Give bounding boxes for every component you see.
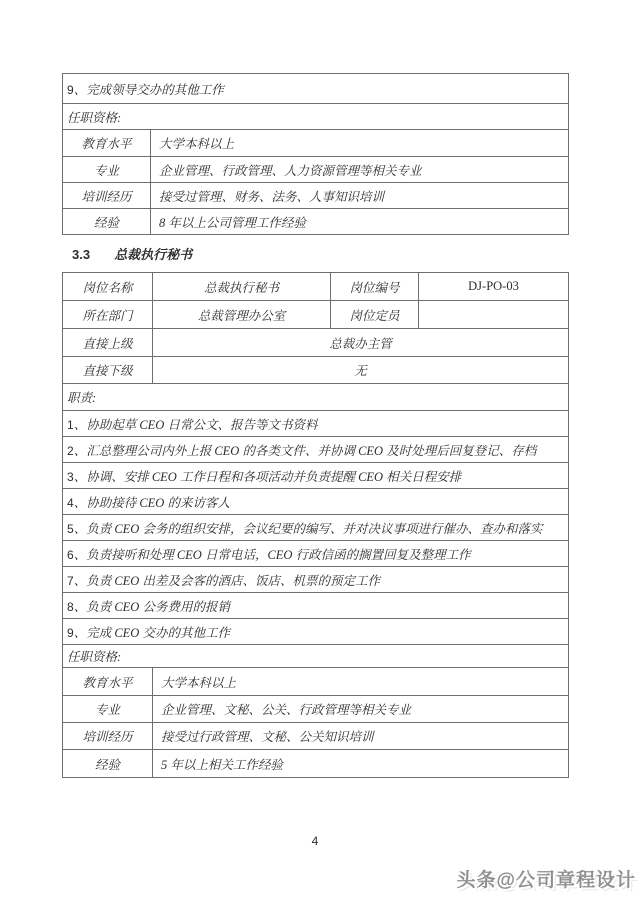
education-value: 大学本科以上 <box>151 130 569 157</box>
duty-text: 、协助接待 CEO 的来访客人 <box>74 496 230 510</box>
table-row: 1、协助起草 CEO 日常公文、报告等文书资料 <box>63 411 569 437</box>
duty-text: 、负责 CEO 公务费用的报销 <box>74 600 230 614</box>
position-name-label: 岗位名称 <box>63 273 153 301</box>
qualifications-label: 任职资格: <box>63 104 569 130</box>
table-row: 5、负责 CEO 会务的组织安排，会议纪要的编写、并对决议事项进行催办、查办和落… <box>63 515 569 541</box>
qualifications-label: 任职资格: <box>63 645 569 668</box>
duty-text: 、汇总整理公司内外上报 CEO 的各类文件、并协调 CEO 及时处理后回复登记、… <box>74 444 537 458</box>
duties-label: 职责: <box>63 384 569 411</box>
table-row: 教育水平 大学本科以上 <box>63 130 569 157</box>
duty-number: 4 <box>67 496 74 510</box>
duty-text: 、协调、安排 CEO 工作日程和各项活动并负责提醒 CEO 相关日程安排 <box>74 470 462 484</box>
table-row: 专业 企业管理、文秘、公关、行政管理等相关专业 <box>63 696 569 723</box>
document-content: 9、完成领导交办的其他工作 任职资格: 教育水平 大学本科以上 专业 企业管理、… <box>62 73 568 848</box>
table-row: 任职资格: <box>63 645 569 668</box>
page-number: 4 <box>62 834 568 848</box>
experience-value: 8 年以上公司管理工作经验 <box>151 209 569 235</box>
duty-item: 6、负责接听和处理 CEO 日常电话，CEO 行政信函的搁置回复及整理工作 <box>63 541 569 567</box>
training-value: 接受过管理、财务、法务、人事知识培训 <box>151 183 569 209</box>
section-number: 3.3 <box>72 247 90 262</box>
table-row: 经验 8 年以上公司管理工作经验 <box>63 209 569 235</box>
duty-item: 5、负责 CEO 会务的组织安排，会议纪要的编写、并对决议事项进行催办、查办和落… <box>63 515 569 541</box>
duty-number: 8 <box>67 600 74 614</box>
department-value: 总裁管理办公室 <box>153 301 331 329</box>
section-title: 总裁执行秘书 <box>114 247 192 262</box>
duty-item: 8、负责 CEO 公务费用的报销 <box>63 593 569 619</box>
duty-number: 2 <box>67 444 74 458</box>
duty-number: 5 <box>67 522 74 536</box>
position-name-value: 总裁执行秘书 <box>153 273 331 301</box>
table-row: 经验 5 年以上相关工作经验 <box>63 750 569 778</box>
table-row: 专业 企业管理、行政管理、人力资源管理等相关专业 <box>63 157 569 183</box>
training-label: 培训经历 <box>63 723 153 750</box>
duty-text: 、负责 CEO 会务的组织安排，会议纪要的编写、并对决议事项进行催办、查办和落实 <box>74 522 543 536</box>
duty-text: 、完成 CEO 交办的其他工作 <box>74 626 230 640</box>
duty-item: 2、汇总整理公司内外上报 CEO 的各类文件、并协调 CEO 及时处理后回复登记… <box>63 437 569 463</box>
table-row: 岗位名称 总裁执行秘书 岗位编号 DJ-PO-03 <box>63 273 569 301</box>
table-row: 直接下级 无 <box>63 357 569 384</box>
major-value: 企业管理、行政管理、人力资源管理等相关专业 <box>151 157 569 183</box>
supervisor-value: 总裁办主管 <box>153 329 569 357</box>
table-row: 培训经历 接受过管理、财务、法务、人事知识培训 <box>63 183 569 209</box>
supervisor-label: 直接上级 <box>63 329 153 357</box>
major-value: 企业管理、文秘、公关、行政管理等相关专业 <box>153 696 569 723</box>
table-row: 3、协调、安排 CEO 工作日程和各项活动并负责提醒 CEO 相关日程安排 <box>63 463 569 489</box>
table-row: 8、负责 CEO 公务费用的报销 <box>63 593 569 619</box>
major-label: 专业 <box>63 157 151 183</box>
duty-item: 3、协调、安排 CEO 工作日程和各项活动并负责提醒 CEO 相关日程安排 <box>63 463 569 489</box>
table-row: 2、汇总整理公司内外上报 CEO 的各类文件、并协调 CEO 及时处理后回复登记… <box>63 437 569 463</box>
duty-text: 、协助起草 CEO 日常公文、报告等文书资料 <box>74 418 318 432</box>
duty-item: 7、负责 CEO 出差及会客的酒店、饭店、机票的预定工作 <box>63 567 569 593</box>
experience-label: 经验 <box>63 209 151 235</box>
table-row: 4、协助接待 CEO 的来访客人 <box>63 489 569 515</box>
education-label: 教育水平 <box>63 668 153 696</box>
duty-number: 9 <box>67 626 74 640</box>
duty-number: 1 <box>67 418 74 432</box>
job-description-table: 岗位名称 总裁执行秘书 岗位编号 DJ-PO-03 所在部门 总裁管理办公室 岗… <box>62 272 569 778</box>
section-heading: 3.3总裁执行秘书 <box>72 247 568 262</box>
position-code-value: DJ-PO-03 <box>419 273 569 301</box>
duty-item: 4、协助接待 CEO 的来访客人 <box>63 489 569 515</box>
duty-text: 、完成领导交办的其他工作 <box>74 83 224 97</box>
duty-number: 6 <box>67 548 74 562</box>
table-row: 9、完成 CEO 交办的其他工作 <box>63 619 569 645</box>
experience-value: 5 年以上相关工作经验 <box>153 750 569 778</box>
duty-item: 1、协助起草 CEO 日常公文、报告等文书资料 <box>63 411 569 437</box>
duty-number: 9 <box>67 83 74 97</box>
training-value: 接受过行政管理、文秘、公关知识培训 <box>153 723 569 750</box>
subordinate-label: 直接下级 <box>63 357 153 384</box>
duty-text: 、负责 CEO 出差及会客的酒店、饭店、机票的预定工作 <box>74 574 380 588</box>
table-row: 所在部门 总裁管理办公室 岗位定员 <box>63 301 569 329</box>
table-row: 9、完成领导交办的其他工作 <box>63 74 569 104</box>
duty-item: 9、完成领导交办的其他工作 <box>63 74 569 104</box>
subordinate-value: 无 <box>153 357 569 384</box>
table-row: 直接上级 总裁办主管 <box>63 329 569 357</box>
table-row: 培训经历 接受过行政管理、文秘、公关知识培训 <box>63 723 569 750</box>
duty-number: 7 <box>67 574 74 588</box>
education-label: 教育水平 <box>63 130 151 157</box>
duty-item: 9、完成 CEO 交办的其他工作 <box>63 619 569 645</box>
headcount-label: 岗位定员 <box>331 301 419 329</box>
previous-position-table: 9、完成领导交办的其他工作 任职资格: 教育水平 大学本科以上 专业 企业管理、… <box>62 73 569 235</box>
major-label: 专业 <box>63 696 153 723</box>
table-row: 任职资格: <box>63 104 569 130</box>
table-row: 7、负责 CEO 出差及会客的酒店、饭店、机票的预定工作 <box>63 567 569 593</box>
table-row: 6、负责接听和处理 CEO 日常电话，CEO 行政信函的搁置回复及整理工作 <box>63 541 569 567</box>
headcount-value <box>419 301 569 329</box>
experience-label: 经验 <box>63 750 153 778</box>
watermark: 头条@公司章程设计 <box>456 865 636 892</box>
position-code-label: 岗位编号 <box>331 273 419 301</box>
table-row: 教育水平 大学本科以上 <box>63 668 569 696</box>
training-label: 培训经历 <box>63 183 151 209</box>
education-value: 大学本科以上 <box>153 668 569 696</box>
table-row: 职责: <box>63 384 569 411</box>
duty-number: 3 <box>67 470 74 484</box>
department-label: 所在部门 <box>63 301 153 329</box>
duty-text: 、负责接听和处理 CEO 日常电话，CEO 行政信函的搁置回复及整理工作 <box>74 548 471 562</box>
